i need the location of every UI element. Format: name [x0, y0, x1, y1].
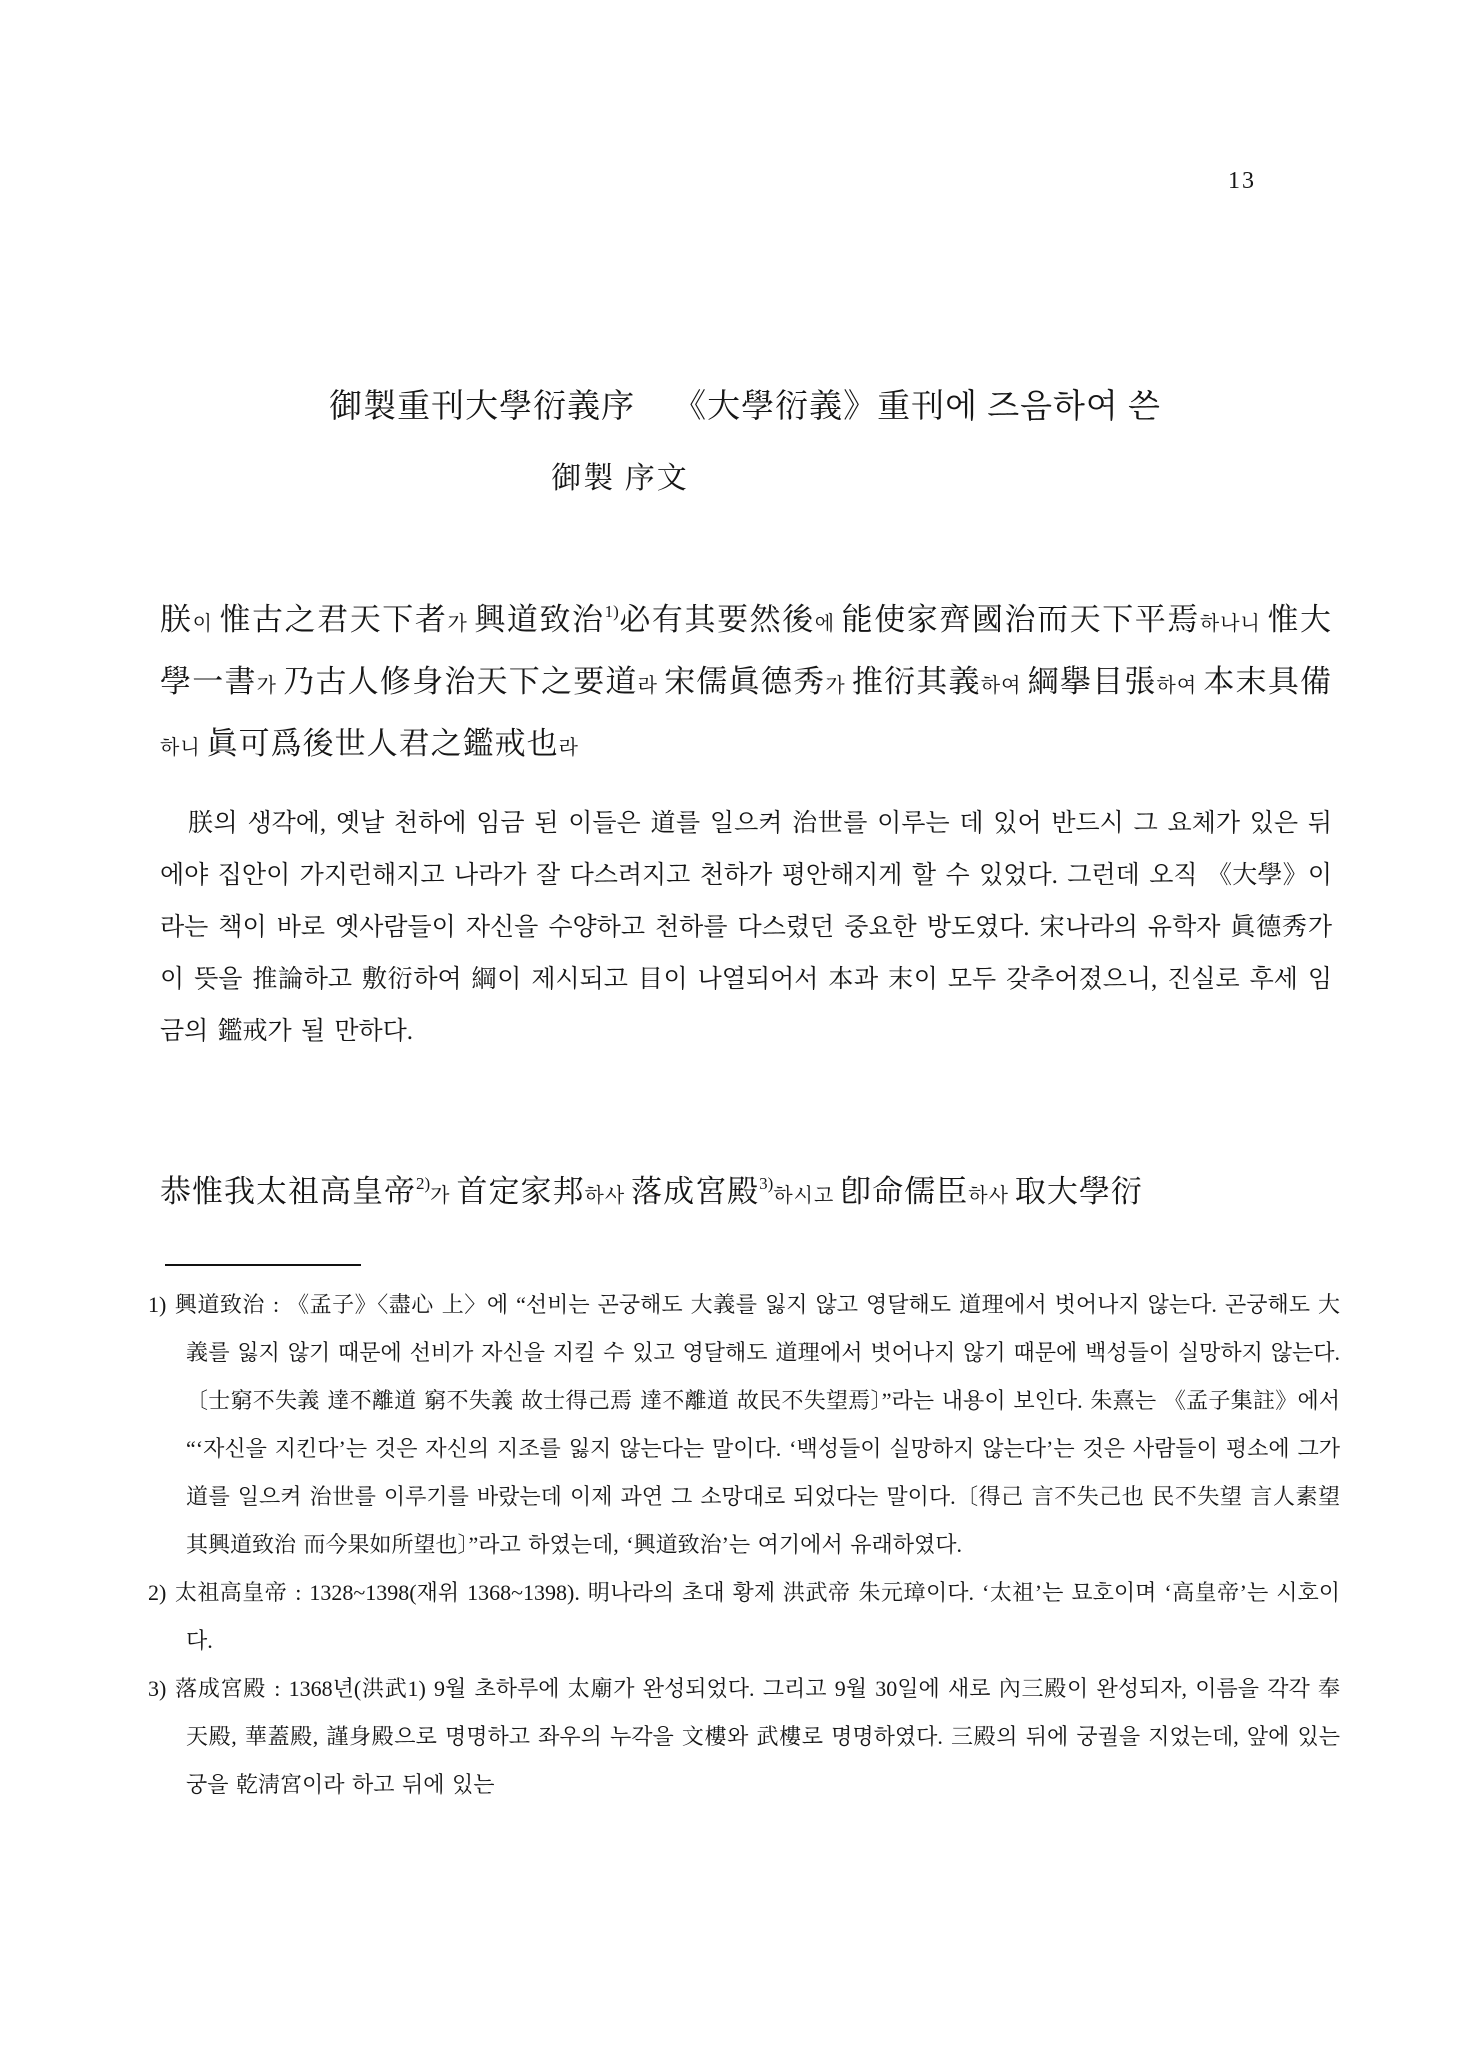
- footnote-item: 3)落成宮殿 : 1368년(洪武1) 9월 초하루에 太廟가 완성되었다. 그…: [148, 1665, 1340, 1809]
- document-page: 13 御製重刊大學衍義序《大學衍義》重刊에 즈음하여 쓴 御製 序文 朕이 惟古…: [0, 0, 1480, 2048]
- title-korean: 《大學衍義》重刊에 즈음하여 쓴: [673, 389, 1161, 425]
- footnote-text: 落成宮殿 : 1368년(洪武1) 9월 초하루에 太廟가 완성되었다. 그리고…: [174, 1676, 1340, 1797]
- page-title: 御製重刊大學衍義序《大學衍義》重刊에 즈음하여 쓴: [160, 380, 1330, 427]
- footnote-item: 2)太祖高皇帝 : 1328~1398(재위 1368~1398). 明나라의 …: [148, 1569, 1340, 1665]
- translation-paragraph: 朕의 생각에, 옛날 천하에 임금 된 이들은 道를 일으켜 治世를 이루는 데…: [160, 798, 1332, 1058]
- page-number: 13: [1228, 168, 1256, 195]
- title-block: 御製重刊大學衍義序《大學衍義》重刊에 즈음하여 쓴 御製 序文: [160, 380, 1330, 497]
- footnote-item: 1)興道致治 : 《孟子》〈盡心 上〉에 “선비는 곤궁해도 大義를 잃지 않고…: [148, 1281, 1340, 1569]
- page-subtitle: 御製 序文: [160, 453, 1330, 497]
- hanmun-intro-paragraph: 朕이 惟古之君天下者가 興道致治1)必有其要然後에 能使家齊國治而天下平焉하나니…: [160, 583, 1332, 777]
- footnote-label: 1): [148, 1292, 174, 1317]
- footnote-separator: [165, 1264, 361, 1266]
- footnote-label: 2): [148, 1580, 174, 1605]
- footnote-text: 興道致治 : 《孟子》〈盡心 上〉에 “선비는 곤궁해도 大義를 잃지 않고 영…: [174, 1292, 1340, 1557]
- title-hanja: 御製重刊大學衍義序: [329, 389, 635, 425]
- hanmun-second-paragraph: 恭惟我太祖高皇帝2)가 首定家邦하사 落成宮殿3)하시고 卽命儒臣하사 取大學衍: [160, 1155, 1332, 1225]
- footnote-label: 3): [148, 1676, 174, 1701]
- footnote-text: 太祖高皇帝 : 1328~1398(재위 1368~1398). 明나라의 초대…: [174, 1580, 1340, 1653]
- footnotes-section: 1)興道致治 : 《孟子》〈盡心 上〉에 “선비는 곤궁해도 大義를 잃지 않고…: [148, 1281, 1340, 1809]
